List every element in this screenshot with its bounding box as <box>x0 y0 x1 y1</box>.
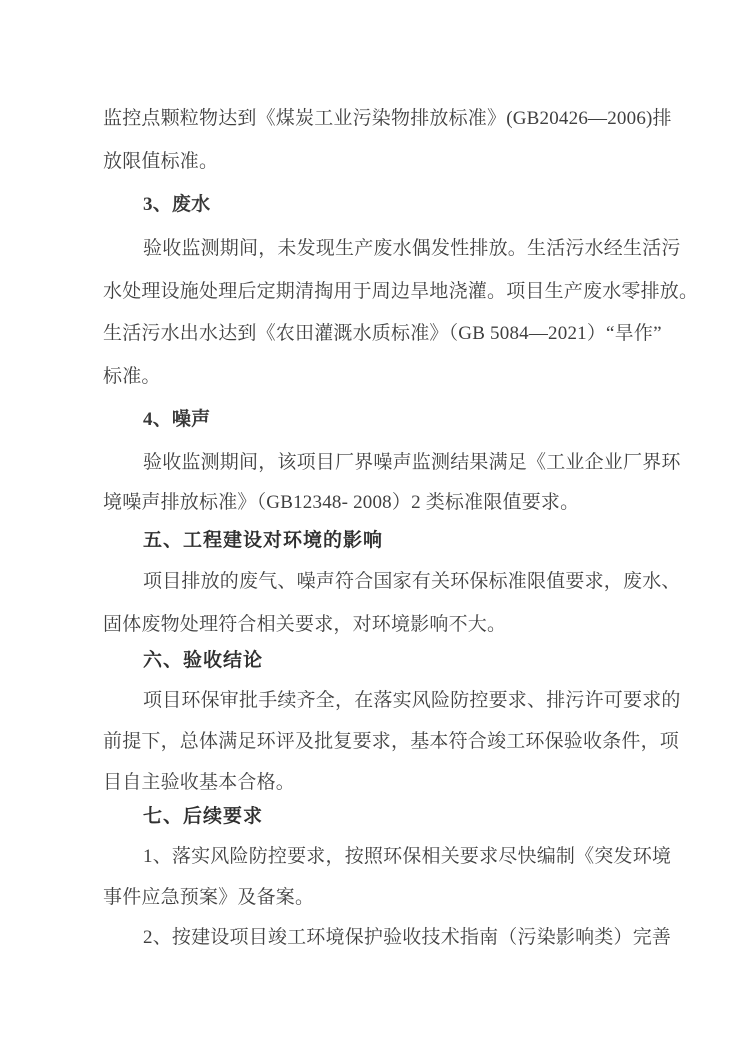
document-text-block: 监控点颗粒物达到《煤炭工业污染物排放标准》(GB20426—2006)排 放限值… <box>103 0 645 1046</box>
body-line: 固体废物处理符合相关要求，对环境影响不大。 <box>103 614 645 636</box>
body-line: 验收监测期间，该项目厂界噪声监测结果满足《工业企业厂界环 <box>103 452 685 474</box>
body-line: 目自主验收基本合格。 <box>103 772 645 794</box>
section-heading: 五、工程建设对环境的影响 <box>103 530 685 552</box>
body-line: 项目环保审批手续齐全，在落实风险防控要求、排污许可要求的 <box>103 690 685 712</box>
body-line: 水处理设施处理后定期清掏用于周边旱地浇灌。项目生产废水零排放。 <box>103 281 645 303</box>
body-line: 放限值标准。 <box>103 151 645 173</box>
subsection-heading: 3、废水 <box>103 194 685 216</box>
section-heading: 六、验收结论 <box>103 650 685 672</box>
body-line: 验收监测期间，未发现生产废水偶发性排放。生活污水经生活污 <box>103 238 685 260</box>
body-line: 生活污水出水达到《农田灌溉水质标准》（GB 5084—2021）“旱作” <box>103 323 645 345</box>
document-page: 监控点颗粒物达到《煤炭工业污染物排放标准》(GB20426—2006)排 放限值… <box>0 0 740 1046</box>
body-line: 境噪声排放标准》（GB12348- 2008）2 类标准限值要求。 <box>103 492 645 514</box>
body-line: 事件应急预案》及备案。 <box>103 887 645 909</box>
section-heading: 七、后续要求 <box>103 806 685 828</box>
body-line: 项目排放的废气、噪声符合国家有关环保标准限值要求，废水、 <box>103 571 685 593</box>
body-line: 标准。 <box>103 366 645 388</box>
body-line: 监控点颗粒物达到《煤炭工业污染物排放标准》(GB20426—2006)排 <box>103 108 645 130</box>
body-line: 2、按建设项目竣工环境保护验收技术指南（污染影响类）完善 <box>103 927 685 949</box>
body-line: 1、落实风险防控要求，按照环保相关要求尽快编制《突发环境 <box>103 846 685 868</box>
body-line: 前提下，总体满足环评及批复要求，基本符合竣工环保验收条件，项 <box>103 731 645 753</box>
subsection-heading: 4、噪声 <box>103 409 685 431</box>
